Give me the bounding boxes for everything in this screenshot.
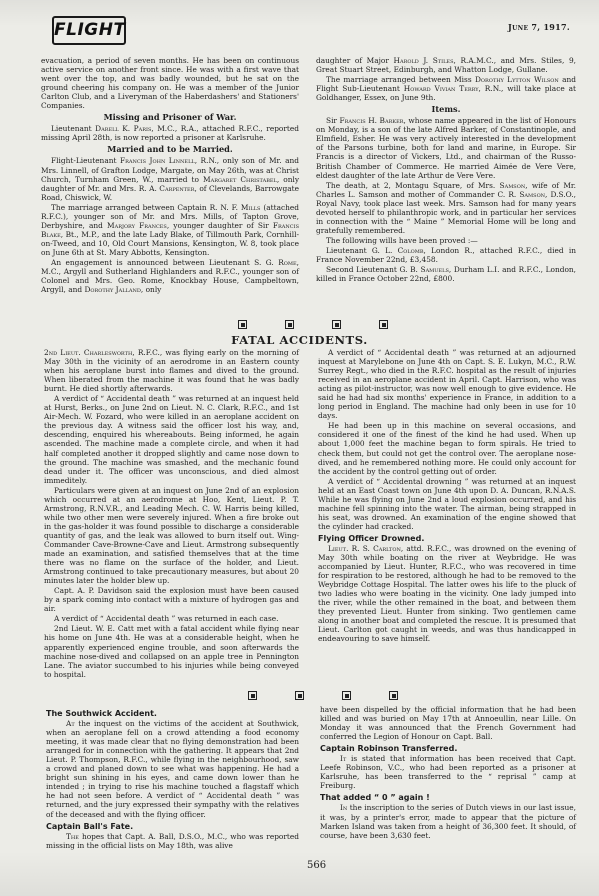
square-ornament-icon (332, 320, 341, 329)
paragraph: The following wills have been proved :— (316, 236, 576, 245)
paragraph: Lieutenant G. L. Colomb, London R., atta… (316, 246, 576, 264)
paragraph: Lieutenant Darell K. Paris, M.C., R.A., … (41, 124, 299, 142)
paragraph: He had been up in this machine on severa… (318, 421, 576, 475)
paragraph: have been dispelled by the official info… (320, 705, 576, 741)
paragraph: evacuation, a period of seven months. He… (41, 56, 299, 110)
top-right-column: daughter of Major Harold J. Stiles, R.A.… (316, 56, 576, 283)
paragraph: 2nd Lieut. Charlesworth, R.F.C., was fly… (44, 348, 299, 393)
paragraph: At the inquest on the victims of the acc… (46, 719, 299, 819)
paragraph: The marriage arranged between Captain R.… (41, 203, 299, 257)
paragraph: An engagement is announced between Lieut… (41, 258, 299, 294)
paragraph: Capt. A. P. Davidson said the explosion … (44, 586, 299, 613)
square-ornament-icon (285, 320, 294, 329)
paragraph: A verdict of “ Accidental death ” was re… (44, 614, 299, 623)
ornament-row (248, 691, 398, 700)
paragraph: Particulars were given at an inquest on … (44, 486, 299, 586)
bottom-right-column: have been dispelled by the official info… (320, 705, 576, 840)
heading-items: Items. (316, 105, 576, 114)
paragraph: A verdict of “ Accidental drowning ” was… (318, 477, 576, 531)
flight-logo: FLIGHT (52, 16, 126, 45)
paragraph: A verdict of “ Accidental death ” was re… (44, 394, 299, 484)
magazine-page: FLIGHT June 7, 1917. evacuation, a perio… (0, 0, 599, 896)
paragraph: In the inscription to the series of Dutc… (320, 803, 576, 839)
issue-date: June 7, 1917. (508, 22, 570, 32)
square-ornament-icon (248, 691, 257, 700)
square-ornament-icon (342, 691, 351, 700)
fatal-right-column: A verdict of “ Accidental death ” was re… (318, 348, 576, 644)
paragraph: Flight-Lieutenant Francis John Linnell, … (41, 156, 299, 201)
paragraph: It is stated that information has been r… (320, 754, 576, 790)
heading-married: Married and to be Married. (41, 145, 299, 154)
paragraph: 2nd Lieut. W. E. Catt met with a fatal a… (44, 624, 299, 678)
paragraph: Second Lieutenant G. B. Samuels, Durham … (316, 265, 576, 283)
heading-southwick: The Southwick Accident. (46, 709, 299, 718)
heading-captain-ball: Captain Ball's Fate. (46, 822, 299, 831)
heading-added-zero: That added “ 0 ” again ! (320, 793, 576, 802)
top-left-column: evacuation, a period of seven months. He… (41, 56, 299, 294)
paragraph: Lieut. R. S. Carlton, attd. R.F.C., was … (318, 544, 576, 644)
paragraph: The marriage arranged between Miss Dorot… (316, 75, 576, 102)
square-ornament-icon (238, 320, 247, 329)
section-title: FATAL ACCIDENTS. (0, 333, 599, 347)
bottom-left-column: The Southwick Accident. At the inquest o… (46, 706, 299, 850)
paragraph: A verdict of “ Accidental death ” was re… (318, 348, 576, 420)
square-ornament-icon (389, 691, 398, 700)
paragraph: The death, at 2, Montagu Square, of Mrs.… (316, 181, 576, 235)
square-ornament-icon (379, 320, 388, 329)
page-number: 566 (307, 860, 326, 871)
paragraph: daughter of Major Harold J. Stiles, R.A.… (316, 56, 576, 74)
paragraph: The hopes that Capt. A. Ball, D.S.O., M.… (46, 832, 299, 850)
heading-captain-robinson: Captain Robinson Transferred. (320, 744, 576, 753)
heading-flying-officer-drowned: Flying Officer Drowned. (318, 534, 576, 543)
ornament-row (238, 320, 388, 329)
fatal-left-column: 2nd Lieut. Charlesworth, R.F.C., was fly… (44, 348, 299, 679)
square-ornament-icon (295, 691, 304, 700)
heading-missing: Missing and Prisoner of War. (41, 113, 299, 122)
paragraph: Sir Francis H. Barker, whose name appear… (316, 116, 576, 179)
